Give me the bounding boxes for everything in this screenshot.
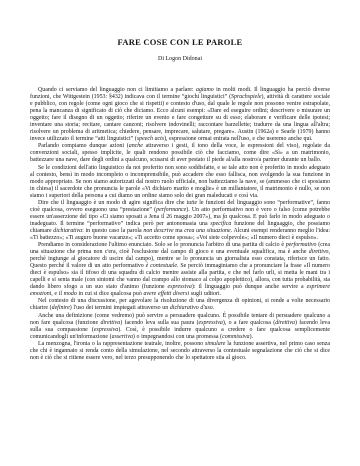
paragraph: Dire che il linguaggio è un modo di agir…: [30, 200, 330, 242]
paragraph: Parlando compiamo dunque azioni (anche a…: [30, 143, 330, 164]
paragraph: Se le condizioni dell'atto linguistico d…: [30, 165, 330, 200]
document-page: FARE COSE CON LE PAROLE Di Logon Didonai…: [0, 0, 360, 466]
byline: Di Logon Didonai: [30, 56, 330, 63]
paragraph: La menzogna, l'ironia o la rappresentazi…: [30, 341, 330, 362]
article-body: Quando ci serviamo del linguaggio non ci…: [30, 87, 330, 362]
paragraph: Prendiamo in considerazione l'ultimo enu…: [30, 242, 330, 298]
paragraph: Quando ci serviamo del linguaggio non ci…: [30, 87, 330, 143]
paragraph: Anche una definizione (come vedremo) può…: [30, 313, 330, 341]
page-title: FARE COSE CON LE PAROLE: [30, 37, 330, 47]
paragraph: Nel contesto di una discussione, per age…: [30, 298, 330, 312]
